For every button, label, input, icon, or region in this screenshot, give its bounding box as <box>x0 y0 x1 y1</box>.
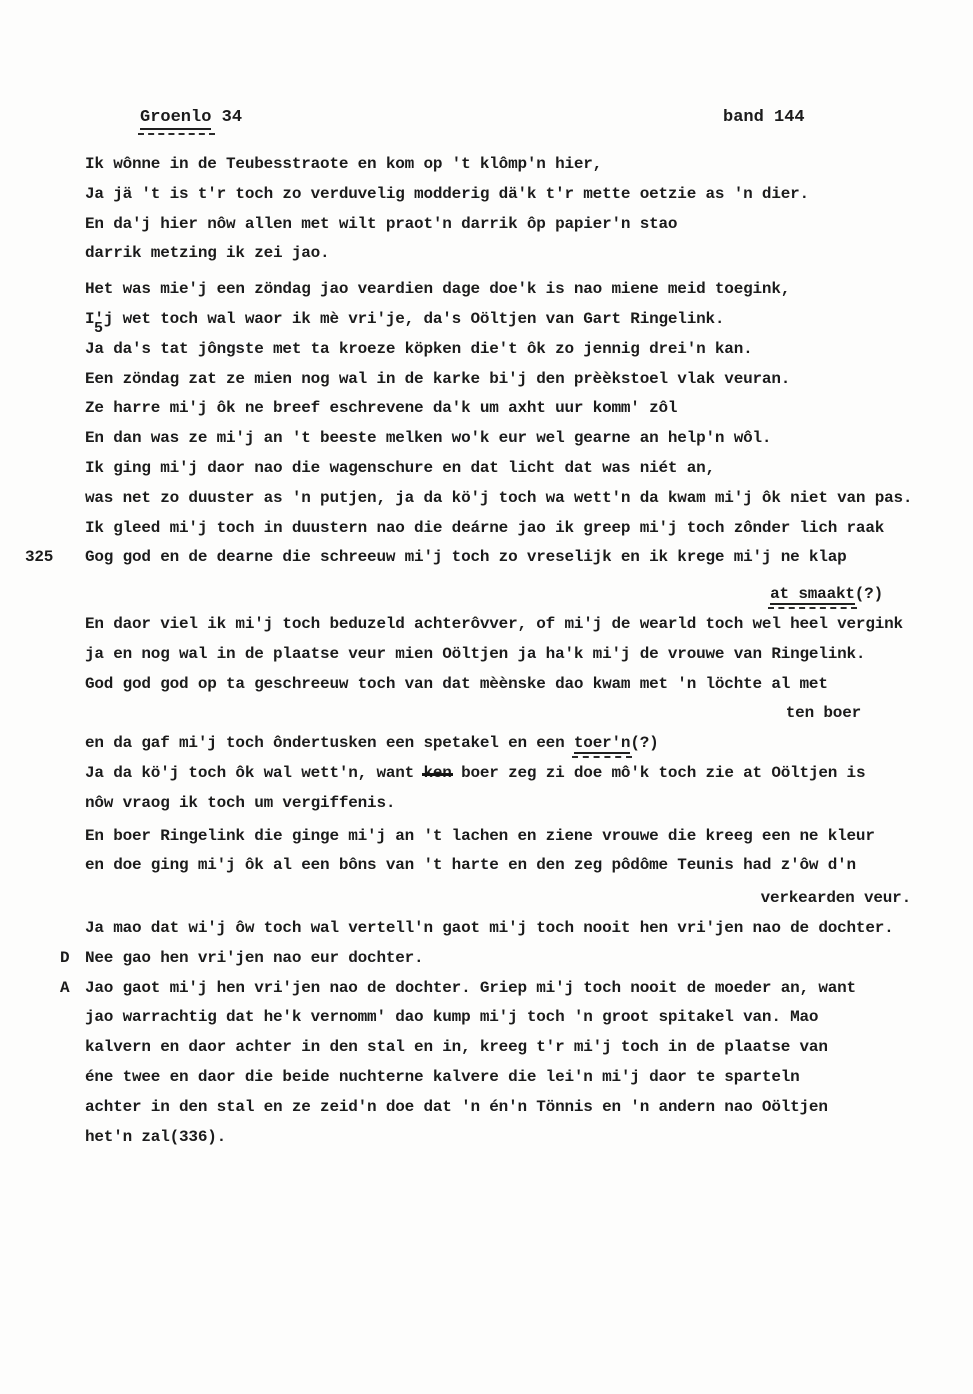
text-line: Ik wônne in de Teubesstraote en kom op '… <box>0 150 973 180</box>
margin-label: 325 <box>25 543 53 573</box>
text-line: DNee gao hen vri'jen nao eur dochter. <box>0 944 973 974</box>
text-segment: I'j wet toch wal waor ik mè vri'je, da's… <box>85 310 724 328</box>
text-segment: Ja da's tat jôngste met ta kroeze köpken… <box>85 340 753 358</box>
text-line: het'n zal(336). <box>0 1123 973 1153</box>
margin-label: A <box>60 974 69 1004</box>
text-line: ten boer <box>0 699 973 729</box>
text-segment: En boer Ringelink die ginge mi'j an 't l… <box>85 827 875 845</box>
text-line: Ja mao dat wi'j ôw toch wal vertell'n ga… <box>0 914 973 944</box>
text-segment: éne twee en daor die beide nuchterne kal… <box>85 1068 800 1086</box>
title-number: 34 <box>211 108 242 127</box>
text-line: éne twee en daor die beide nuchterne kal… <box>0 1063 973 1093</box>
text-segment: ja en nog wal in de plaatse veur mien Oö… <box>85 645 865 663</box>
text-line: En daor viel ik mi'j toch beduzeld achte… <box>0 610 973 640</box>
text-line: nôw vraog ik toch um vergiffenis. <box>0 789 973 819</box>
text-segment: kalvern en daor achter in den stal en in… <box>85 1038 828 1056</box>
text-segment: Ja mao dat wi'j ôw toch wal vertell'n ga… <box>85 919 894 937</box>
text-segment: Nee gao hen vri'jen nao eur dochter. <box>85 949 423 967</box>
text-segment: Ja jä 't is t'r toch zo verduvelig modde… <box>85 185 809 203</box>
text-segment: God god god op ta geschreeuw toch van da… <box>85 675 828 693</box>
text-line: I'j wet toch wal waor ik mè vri'je, da's… <box>0 305 973 335</box>
text-line: En dan was ze mi'j an 't beeste melken w… <box>0 424 973 454</box>
text-segment: Ik ging mi'j daor nao die wagenschure en… <box>85 459 715 477</box>
text-segment: En da'j hier nôw allen met wilt praot'n … <box>85 215 677 233</box>
text-segment: (?) <box>630 734 658 752</box>
text-segment: Het was mie'j een zöndag jao veardien da… <box>85 280 790 298</box>
text-line: En boer Ringelink die ginge mi'j an 't l… <box>0 822 973 852</box>
text-line: Het was mie'j een zöndag jao veardien da… <box>0 275 973 305</box>
text-line: kalvern en daor achter in den stal en in… <box>0 1033 973 1063</box>
text-line: en da gaf mi'j toch ôndertusken een spet… <box>0 729 973 759</box>
text-line: Een zöndag zat ze mien nog wal in de kar… <box>0 365 973 395</box>
text-line: Ik gleed mi'j toch in duustern nao die d… <box>0 514 973 544</box>
struck-text: ken <box>423 764 451 782</box>
text-line: Ja jä 't is t'r toch zo verduvelig modde… <box>0 180 973 210</box>
text-line: ja en nog wal in de plaatse veur mien Oö… <box>0 640 973 670</box>
text-line: AJao gaot mi'j hen vri'jen nao de dochte… <box>0 974 973 1004</box>
text-segment: boer zeg zi doe mô'k toch zie at Oöltjen… <box>452 764 866 782</box>
text-segment: Ik wônne in de Teubesstraote en kom op '… <box>85 155 602 173</box>
text-line: en doe ging mi'j ôk al een bôns van 't h… <box>0 851 973 881</box>
text-line: En da'j hier nôw allen met wilt praot'n … <box>0 210 973 240</box>
handwritten-note: 5 <box>94 321 103 336</box>
text-segment: jao warrachtig dat he'k vernomm' dao kum… <box>85 1008 818 1026</box>
text-line: Ik ging mi'j daor nao die wagenschure en… <box>0 454 973 484</box>
text-segment: darrik metzing ik zei jao. <box>85 244 329 262</box>
text-segment: en doe ging mi'j ôk al een bôns van 't h… <box>85 856 856 874</box>
text-line: Ze harre mi'j ôk ne breef eschrevene da'… <box>0 394 973 424</box>
text-line: at smaakt(?) <box>0 580 973 610</box>
text-segment: ten boer <box>786 704 861 722</box>
text-segment: En dan was ze mi'j an 't beeste melken w… <box>85 429 771 447</box>
text-line: achter in den stal en ze zeid'n doe dat … <box>0 1093 973 1123</box>
document-lines: Ik wônne in de Teubesstraote en kom op '… <box>0 150 973 1152</box>
text-segment: Een zöndag zat ze mien nog wal in de kar… <box>85 370 790 388</box>
text-line: verkearden veur. <box>0 884 973 914</box>
text-line: Ja da kö'j toch ôk wal wett'n, want ken … <box>0 759 973 789</box>
text-segment: (?) <box>855 585 883 603</box>
text-line: Ja da's tat jôngste met ta kroeze köpken… <box>0 335 973 365</box>
text-segment: verkearden veur. <box>761 889 911 907</box>
text-segment: Ze harre mi'j ôk ne breef eschrevene da'… <box>85 399 677 417</box>
text-segment: Gog god en de dearne die schreeuw mi'j t… <box>85 548 847 566</box>
text-line: jao warrachtig dat he'k vernomm' dao kum… <box>0 1003 973 1033</box>
band-label: band 144 <box>723 108 805 127</box>
scanned-page: Groenlo 34 band 144 Ik wônne in de Teube… <box>0 0 973 1394</box>
text-segment: was net zo duuster as 'n putjen, ja da k… <box>85 489 912 507</box>
margin-label: D <box>60 944 69 974</box>
text-segment: Ja da kö'j toch ôk wal wett'n, want <box>85 764 423 782</box>
text-line: darrik metzing ik zei jao. <box>0 239 973 269</box>
text-segment: nôw vraog ik toch um vergiffenis. <box>85 794 395 812</box>
text-line: was net zo duuster as 'n putjen, ja da k… <box>0 484 973 514</box>
text-line: 325Gog god en de dearne die schreeuw mi'… <box>0 543 973 573</box>
text-segment: en da gaf mi'j toch ôndertusken een spet… <box>85 734 574 752</box>
underlined-text: at smaakt <box>770 585 855 605</box>
text-segment: Ik gleed mi'j toch in duustern nao die d… <box>85 519 884 537</box>
title-location: Groenlo <box>140 108 211 130</box>
page-header: Groenlo 34 band 144 <box>0 108 973 138</box>
text-segment: En daor viel ik mi'j toch beduzeld achte… <box>85 615 903 633</box>
text-segment: Jao gaot mi'j hen vri'jen nao de dochter… <box>85 979 856 997</box>
text-segment: het'n zal(336). <box>85 1128 226 1146</box>
text-line: God god god op ta geschreeuw toch van da… <box>0 670 973 700</box>
underlined-text: toer'n <box>574 734 630 754</box>
document-title: Groenlo 34 <box>140 108 242 127</box>
text-segment: achter in den stal en ze zeid'n doe dat … <box>85 1098 828 1116</box>
